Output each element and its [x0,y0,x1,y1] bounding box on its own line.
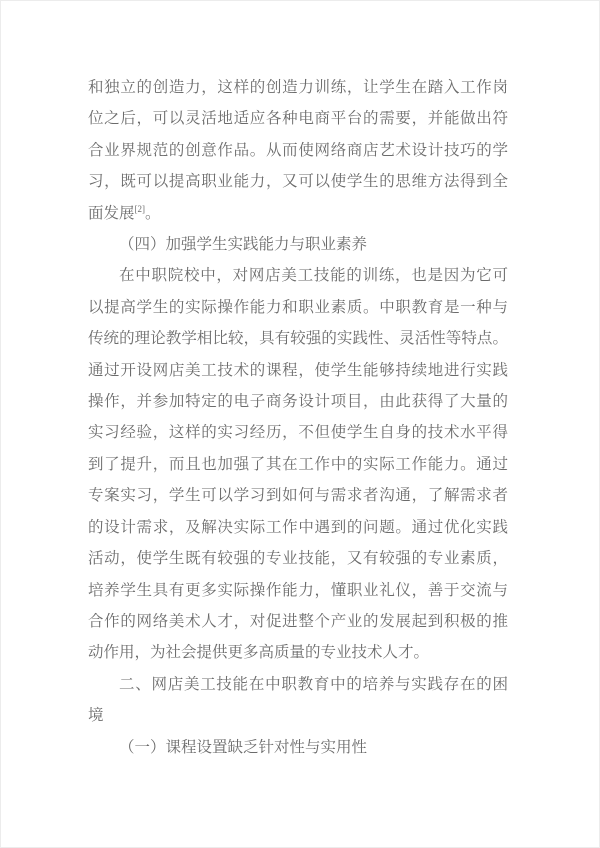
paragraph-practice-training-line: 在中职院校中，对网店美工技能的训练，也是因为它可 [88,260,508,291]
paragraph-practice-training-line: 操作，并参加特定的电子商务设计项目，由此获得了大量的 [88,386,508,417]
paragraph-practice-training-line: 到了提升，而且也加强了其在工作中的实际工作能力。通过 [88,449,508,480]
heading-subsection-one-line: （一）课程设置缺乏针对性与实用性 [88,732,508,763]
paragraph-practice-training-line: 动作用，为社会提供更多高质量的专业技术人才。 [88,637,508,668]
heading-chapter-two-line: 二、网店美工技能在中职教育中的培养与实践存在的困 [88,669,508,700]
paragraph-practice-training-line: 传统的理论教学相比较，具有较强的实践性、灵活性等特点。 [88,323,508,354]
paragraph-practice-training-line: 合作的网络美术人才，对促进整个产业的发展起到积极的推 [88,606,508,637]
paragraph-creativity-continuation-line: 位之后，可以灵活地适应各种电商平台的需要，并能做出符 [88,103,508,134]
paragraph-practice-training-line: 通过开设网店美工技术的课程，使学生能够持续地进行实践 [88,355,508,386]
paragraph-creativity-continuation-line: 合业界规范的创意作品。从而使网络商店艺术设计技巧的学 [88,135,508,166]
paragraph-practice-training-line: 活动，使学生既有较强的专业技能，又有较强的专业素质， [88,543,508,574]
paragraph-practice-training-line: 的设计需求，及解决实际工作中遇到的问题。通过优化实践 [88,512,508,543]
paragraph-creativity-continuation-line: 面发展[2]。 [88,198,508,229]
document-body: 和独立的创造力，这样的创造力训练，让学生在踏入工作岗位之后，可以灵活地适应各种电… [88,72,508,763]
paragraph-creativity-continuation-line: 习，既可以提高职业能力，又可以使学生的思维方法得到全 [88,166,508,197]
footnote-reference: [2] [135,203,146,213]
paragraph-creativity-continuation-line: 和独立的创造力，这样的创造力训练，让学生在踏入工作岗 [88,72,508,103]
paragraph-practice-training-line: 以提高学生的实际操作能力和职业素质。中职教育是一种与 [88,292,508,323]
paragraph-practice-training-line: 专案实习，学生可以学习到如何与需求者沟通，了解需求者 [88,480,508,511]
paragraph-practice-training-line: 实习经验，这样的实习经历，不但使学生自身的技术水平得 [88,417,508,448]
paragraph-practice-training-line: 培养学生具有更多实际操作能力，懂职业礼仪，善于交流与 [88,575,508,606]
heading-section-four-line: （四）加强学生实践能力与职业素养 [88,229,508,260]
heading-chapter-two-line: 境 [88,700,508,731]
document-page: 和独立的创造力，这样的创造力训练，让学生在踏入工作岗位之后，可以灵活地适应各种电… [0,0,600,848]
